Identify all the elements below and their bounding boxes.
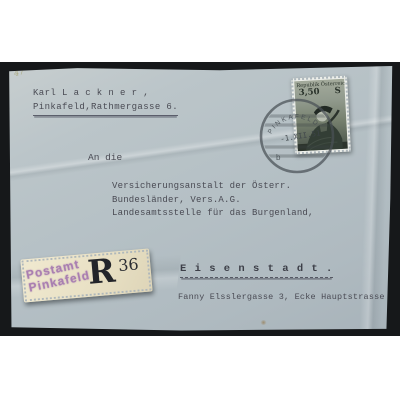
- paper-stain: [260, 320, 267, 325]
- registration-label: Postamt Pinkafeld R 36: [20, 248, 152, 302]
- postmark-index-letter: b: [276, 153, 281, 162]
- photo-frame: 47 Karl L a c k n e r , Pinkafeld,Rathme…: [0, 62, 400, 336]
- recipient-line-1: Versicherungsanstalt der Österr.: [112, 180, 314, 194]
- salutation-line: An die: [88, 152, 122, 163]
- recipient-line-3: Landesamtsstelle für das Burgenland,: [112, 207, 314, 221]
- postmark: PINKAFELD -1.XII.51 b: [256, 94, 340, 180]
- destination-city-text: E i s e n s t a d t .: [180, 263, 333, 278]
- pencil-mark: 47: [13, 67, 25, 78]
- scan-page: 47 Karl L a c k n e r , Pinkafeld,Rathme…: [0, 0, 400, 400]
- envelope: 47 Karl L a c k n e r , Pinkafeld,Rathme…: [8, 66, 393, 331]
- registration-letter: R: [86, 249, 117, 295]
- registration-office-cachet: Postamt Pinkafeld: [25, 256, 91, 294]
- sender-street: Pinkafeld,Rathmergasse 6.: [33, 100, 178, 116]
- recipient-line-2: Bundesländer, Vers.A.G.: [112, 194, 314, 208]
- destination-street: Fanny Elsslergasse 3, Ecke Hauptstrasse: [178, 292, 385, 302]
- postmark-date: -1.XII.51: [280, 128, 322, 143]
- recipient-address: Versicherungsanstalt der Österr. Bundesl…: [112, 180, 314, 221]
- registration-number: 36: [117, 254, 139, 275]
- destination-city: E i s e n s t a d t .: [180, 263, 333, 278]
- sender-address: Karl L a c k n e r , Pinkafeld,Rathmerga…: [33, 86, 178, 116]
- sender-name: Karl L a c k n e r ,: [33, 86, 178, 100]
